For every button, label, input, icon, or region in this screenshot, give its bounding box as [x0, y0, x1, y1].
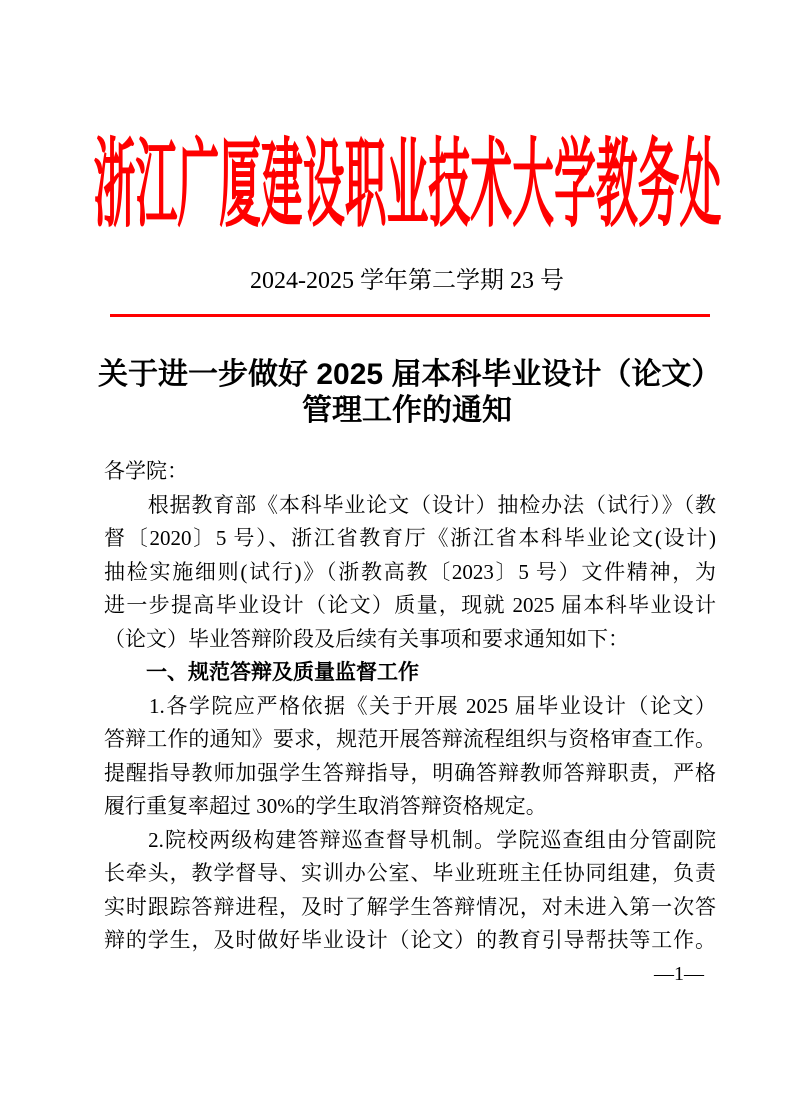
document-body: 各学院： 根据教育部《本科毕业论文（设计）抽检办法（试行）》（教督〔2020〕5…	[104, 455, 716, 958]
body-line: 提醒指导教师加强学生答辩指导，明确答辩教师答辩职责，严格	[104, 757, 716, 791]
body-line: 履行重复率超过 30%的学生取消答辩资格规定。	[104, 790, 716, 824]
page-number: —1—	[104, 961, 704, 987]
body-line: 各学院：	[104, 455, 716, 489]
document-title: 关于进一步做好 2025 届本科毕业设计（论文） 管理工作的通知	[98, 357, 716, 428]
body-line: （论文）毕业答辩阶段及后续有关事项和要求通知如下：	[104, 623, 716, 657]
org-title: 浙江广厦建设职业技术大学教务处	[93, 136, 721, 233]
body-line: 一、规范答辩及质量监督工作	[104, 656, 716, 690]
body-line: 实时跟踪答辩进程，及时了解学生答辩情况，对未进入第一次答	[104, 891, 716, 925]
body-line: 答辩工作的通知》要求，规范开展答辩流程组织与资格审查工作。	[104, 723, 716, 757]
body-line: 根据教育部《本科毕业论文（设计）抽检办法（试行）》（教	[104, 489, 716, 523]
document-page: 浙江广厦建设职业技术大学教务处 2024-2025 学年第二学期 23 号 关于…	[0, 0, 794, 1108]
body-line: 抽检实施细则(试行)》（浙教高教〔2023〕5 号）文件精神，为	[104, 556, 716, 590]
body-line: 辩的学生，及时做好毕业设计（论文）的教育引导帮扶等工作。	[104, 924, 716, 958]
document-title-line1: 关于进一步做好 2025 届本科毕业设计（论文）	[98, 357, 716, 393]
masthead: 浙江广厦建设职业技术大学教务处	[104, 136, 710, 232]
document-title-line2: 管理工作的通知	[98, 393, 716, 429]
body-line: 1.各学院应严格依据《关于开展 2025 届毕业设计（论文）	[104, 690, 716, 724]
issue-number-line: 2024-2025 学年第二学期 23 号	[104, 266, 710, 296]
body-line: 督〔2020〕5 号）、浙江省教育厅《浙江省本科毕业论文(设计)	[104, 522, 716, 556]
body-line: 2.院校两级构建答辩巡查督导机制。学院巡查组由分管副院	[104, 824, 716, 858]
body-line: 进一步提高毕业设计（论文）质量，现就 2025 届本科毕业设计	[104, 589, 716, 623]
body-line: 长牵头，教学督导、实训办公室、毕业班班主任协同组建，负责	[104, 857, 716, 891]
red-divider-rule	[110, 314, 710, 317]
